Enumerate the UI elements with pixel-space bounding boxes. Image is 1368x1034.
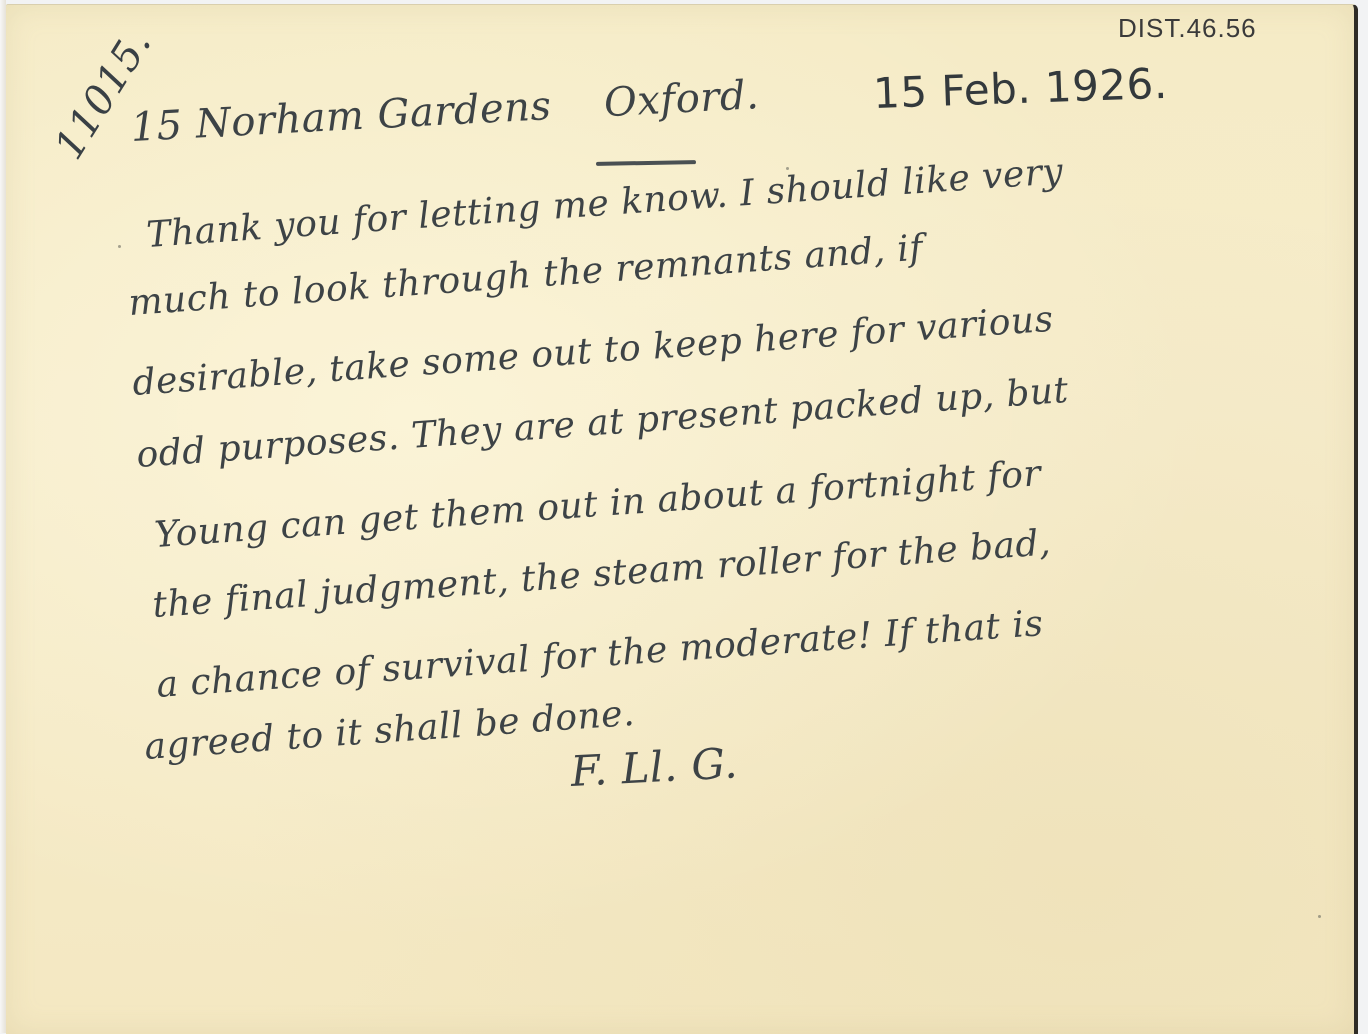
paper-speck: [1318, 915, 1321, 918]
signature: F. Ll. G.: [569, 738, 739, 796]
body-line: agreed to it shall be done.: [143, 693, 636, 768]
address-street: 15 Norham Gardens: [130, 83, 553, 151]
body-line: a chance of survival for the moderate! I…: [155, 603, 1045, 706]
address-place: Oxford.: [603, 72, 760, 126]
body-line: Thank you for letting me know. I should …: [145, 151, 1064, 256]
letter-card: 11015. DIST.46.56 15 Norham Gardens Oxfo…: [6, 4, 1358, 1033]
letter-date: 15 Feb. 1926.: [872, 59, 1168, 118]
sender-address: 15 Norham Gardens Oxford.: [130, 72, 761, 151]
paper-speck: [786, 167, 789, 170]
archive-reference: DIST.46.56: [1118, 13, 1257, 44]
header-underline: [596, 160, 696, 166]
paper-speck: [118, 245, 121, 248]
